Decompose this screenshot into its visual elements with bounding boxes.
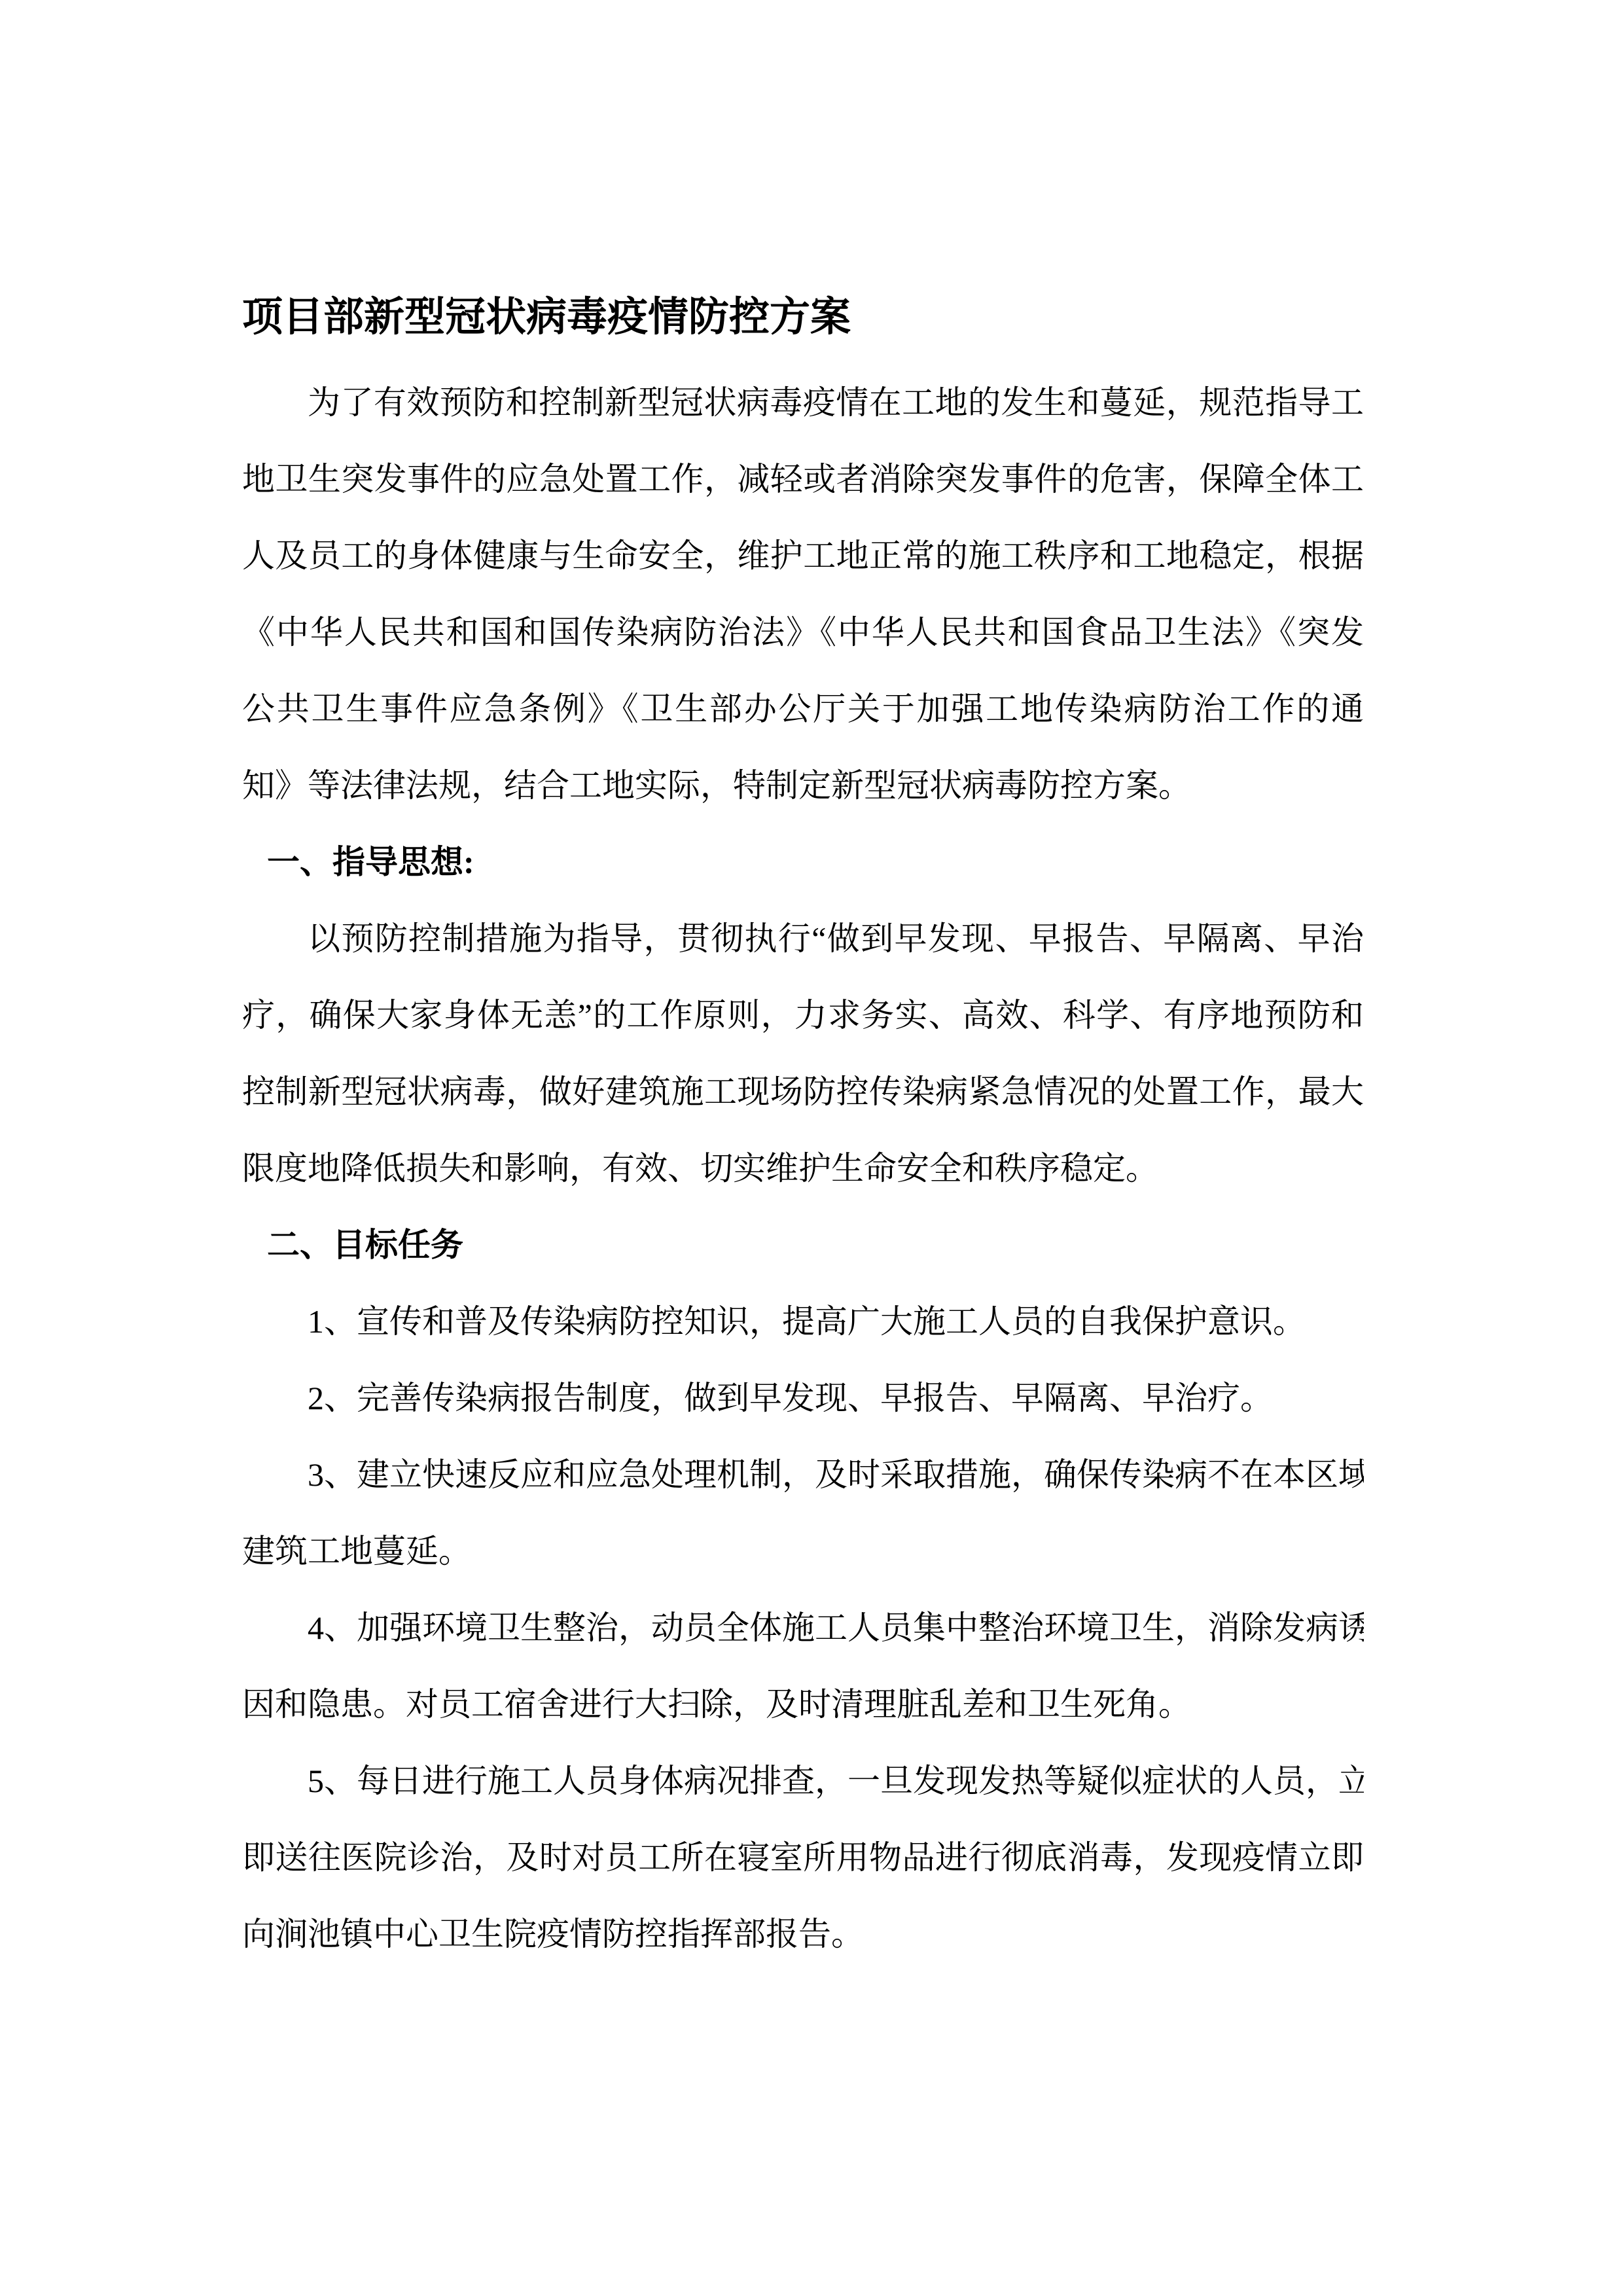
body-text-line: 疗，确保大家身体无恙”的工作原则，力求务实、高效、科学、有序地预防和 bbox=[242, 977, 1364, 1054]
heading-text: 一、指导思想: bbox=[242, 824, 1364, 901]
body-text-line: 3、建立快速反应和应急处理机制，及时采取措施，确保传染病不在本区域 bbox=[242, 1437, 1364, 1513]
body-text-line: 限度地降低损失和影响，有效、切实维护生命安全和秩序稳定。 bbox=[242, 1130, 1364, 1207]
paragraph: 1、宣传和普及传染病防控知识，提高广大施工人员的自我保护意识。 bbox=[242, 1283, 1364, 1360]
body-text-line: 以预防控制措施为指导，贯彻执行“做到早发现、早报告、早隔离、早治 bbox=[242, 901, 1364, 977]
heading-text: 二、目标任务 bbox=[242, 1207, 1364, 1283]
body-text-line: 向涧池镇中心卫生院疫情防控指挥部报告。 bbox=[242, 1896, 1364, 1973]
document-content: 项目部新型冠状病毒疫情防控方案为了有效预防和控制新型冠状病毒疫情在工地的发生和蔓… bbox=[242, 278, 1364, 1973]
paragraph: 为了有效预防和控制新型冠状病毒疫情在工地的发生和蔓延，规范指导工地卫生突发事件的… bbox=[242, 365, 1364, 824]
body-text-line: 控制新型冠状病毒，做好建筑施工现场防控传染病紧急情况的处置工作，最大 bbox=[242, 1054, 1364, 1130]
paragraph: 2、完善传染病报告制度，做到早发现、早报告、早隔离、早治疗。 bbox=[242, 1360, 1364, 1437]
body-text-line: 建筑工地蔓延。 bbox=[242, 1513, 1364, 1590]
body-text-line: 4、加强环境卫生整治，动员全体施工人员集中整治环境卫生，消除发病诱 bbox=[242, 1590, 1364, 1666]
document-page: 项目部新型冠状病毒疫情防控方案为了有效预防和控制新型冠状病毒疫情在工地的发生和蔓… bbox=[0, 0, 1623, 2296]
paragraph: 以预防控制措施为指导，贯彻执行“做到早发现、早报告、早隔离、早治疗，确保大家身体… bbox=[242, 901, 1364, 1207]
document-title: 项目部新型冠状病毒疫情防控方案 bbox=[242, 278, 1364, 357]
paragraph: 3、建立快速反应和应急处理机制，及时采取措施，确保传染病不在本区域建筑工地蔓延。 bbox=[242, 1437, 1364, 1590]
title-text: 项目部新型冠状病毒疫情防控方案 bbox=[242, 278, 1364, 357]
body-text-line: 地卫生突发事件的应急处置工作，减轻或者消除突发事件的危害，保障全体工 bbox=[242, 441, 1364, 518]
body-text-line: 因和隐患。对员工宿舍进行大扫除，及时清理脏乱差和卫生死角。 bbox=[242, 1666, 1364, 1743]
body-text-line: 1、宣传和普及传染病防控知识，提高广大施工人员的自我保护意识。 bbox=[242, 1283, 1364, 1360]
body-text-line: 《中华人民共和国和国传染病防治法》《中华人民共和国食品卫生法》《突发 bbox=[242, 594, 1364, 671]
section-heading: 一、指导思想: bbox=[242, 824, 1364, 901]
body-text-line: 知》等法律法规，结合工地实际，特制定新型冠状病毒防控方案。 bbox=[242, 747, 1364, 824]
body-text-line: 为了有效预防和控制新型冠状病毒疫情在工地的发生和蔓延，规范指导工 bbox=[242, 365, 1364, 441]
paragraph: 5、每日进行施工人员身体病况排查，一旦发现发热等疑似症状的人员，立即送往医院诊治… bbox=[242, 1743, 1364, 1973]
section-heading: 二、目标任务 bbox=[242, 1207, 1364, 1283]
body-text-line: 5、每日进行施工人员身体病况排查，一旦发现发热等疑似症状的人员，立 bbox=[242, 1743, 1364, 1820]
body-text-line: 人及员工的身体健康与生命安全，维护工地正常的施工秩序和工地稳定，根据 bbox=[242, 518, 1364, 594]
body-text-line: 即送往医院诊治，及时对员工所在寝室所用物品进行彻底消毒，发现疫情立即 bbox=[242, 1820, 1364, 1896]
paragraph: 4、加强环境卫生整治，动员全体施工人员集中整治环境卫生，消除发病诱因和隐患。对员… bbox=[242, 1590, 1364, 1743]
body-text-line: 2、完善传染病报告制度，做到早发现、早报告、早隔离、早治疗。 bbox=[242, 1360, 1364, 1437]
body-text-line: 公共卫生事件应急条例》《卫生部办公厅关于加强工地传染病防治工作的通 bbox=[242, 671, 1364, 747]
